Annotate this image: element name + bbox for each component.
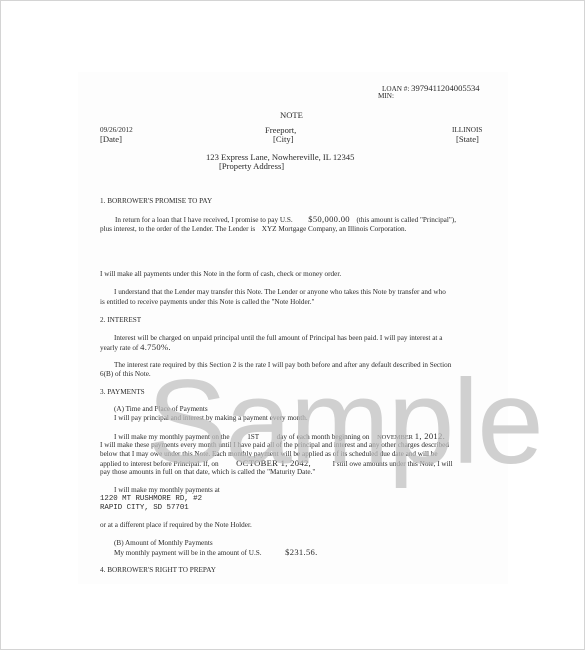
text: I still owe amounts under this Note, I w… bbox=[333, 460, 453, 468]
text: In return for a loan that I have receive… bbox=[115, 216, 293, 224]
section-4-heading: 4. BORROWER'S RIGHT TO PREPAY bbox=[100, 566, 216, 575]
maturity-date: OCTOBER 1, 2042, bbox=[236, 458, 311, 468]
lender-name: XYZ Mortgage Company, an Illinois Corpor… bbox=[262, 225, 407, 233]
text: yearly rate of bbox=[100, 344, 138, 352]
section-3b-heading: (B) Amount of Monthly Payments bbox=[114, 539, 213, 548]
section-3a-p2-line5: pay those amounts in full on that date, … bbox=[100, 468, 315, 477]
section-2-p1-line2: yearly rate of 4.750%. bbox=[100, 343, 171, 353]
text: My monthly payment will be in the amount… bbox=[114, 549, 262, 557]
section-1-p3-line2: is entitled to receive payments under th… bbox=[100, 298, 314, 307]
start-date: 1, 2012. bbox=[415, 431, 445, 441]
section-2-heading: 2. INTEREST bbox=[100, 316, 141, 325]
city-label: [City] bbox=[273, 134, 294, 144]
section-3-heading: 3. PAYMENTS bbox=[100, 388, 145, 397]
min-label: MIN: bbox=[378, 92, 394, 101]
state-label: [State] bbox=[456, 134, 479, 144]
document-title: NOTE bbox=[280, 110, 303, 120]
text: day of each month beginning on bbox=[277, 433, 370, 441]
section-1-heading: 1. BORROWER'S PROMISE TO PAY bbox=[100, 197, 212, 206]
text: I will make my monthly payment on the bbox=[114, 433, 230, 441]
loan-number-line: LOAN #: 3979411204005534 bbox=[382, 83, 480, 94]
payment-address-line2: RAPID CITY, SD 57701 bbox=[100, 504, 189, 513]
section-2-p2-line1: The interest rate required by this Secti… bbox=[114, 361, 451, 370]
payment-day: 1ST bbox=[247, 433, 259, 441]
loan-number: 3979411204005534 bbox=[411, 83, 479, 93]
text: (this amount is called "Principal"), bbox=[357, 216, 457, 224]
section-1-p2: I will make all payments under this Note… bbox=[100, 270, 341, 279]
section-3a-p3: I will make my monthly payments at bbox=[114, 486, 220, 495]
text: applied to interest before Principal. If… bbox=[100, 460, 219, 468]
start-month: NOVEMBER bbox=[377, 434, 413, 441]
section-1-p1-line1: In return for a loan that I have receive… bbox=[115, 215, 456, 225]
payment-address-line1: 1220 MT RUSHMORE RD, #2 bbox=[100, 495, 202, 504]
section-1-p3-line1: I understand that the Lender may transfe… bbox=[114, 288, 510, 297]
date-label: [Date] bbox=[100, 134, 122, 144]
interest-rate: 4.750%. bbox=[140, 342, 171, 352]
section-3a-p4: or at a different place if required by t… bbox=[100, 521, 252, 530]
monthly-payment-amount: $231.56. bbox=[285, 547, 317, 557]
section-3a-heading: (A) Time and Place of Payments bbox=[114, 405, 208, 414]
section-2-p2-line2: 6(B) of this Note. bbox=[100, 370, 151, 379]
text: plus interest, to the order of the Lende… bbox=[100, 225, 255, 233]
section-3a-p2-line2: I will make these payments every month u… bbox=[100, 441, 449, 450]
section-3a-p1: I will pay principal and interest by mak… bbox=[114, 414, 308, 423]
section-3b-p1: My monthly payment will be in the amount… bbox=[114, 548, 318, 558]
principal-amount: $50,000.00 bbox=[308, 214, 350, 224]
section-1-p1-line2: plus interest, to the order of the Lende… bbox=[100, 225, 406, 234]
property-address-label: [Property Address] bbox=[219, 161, 284, 171]
